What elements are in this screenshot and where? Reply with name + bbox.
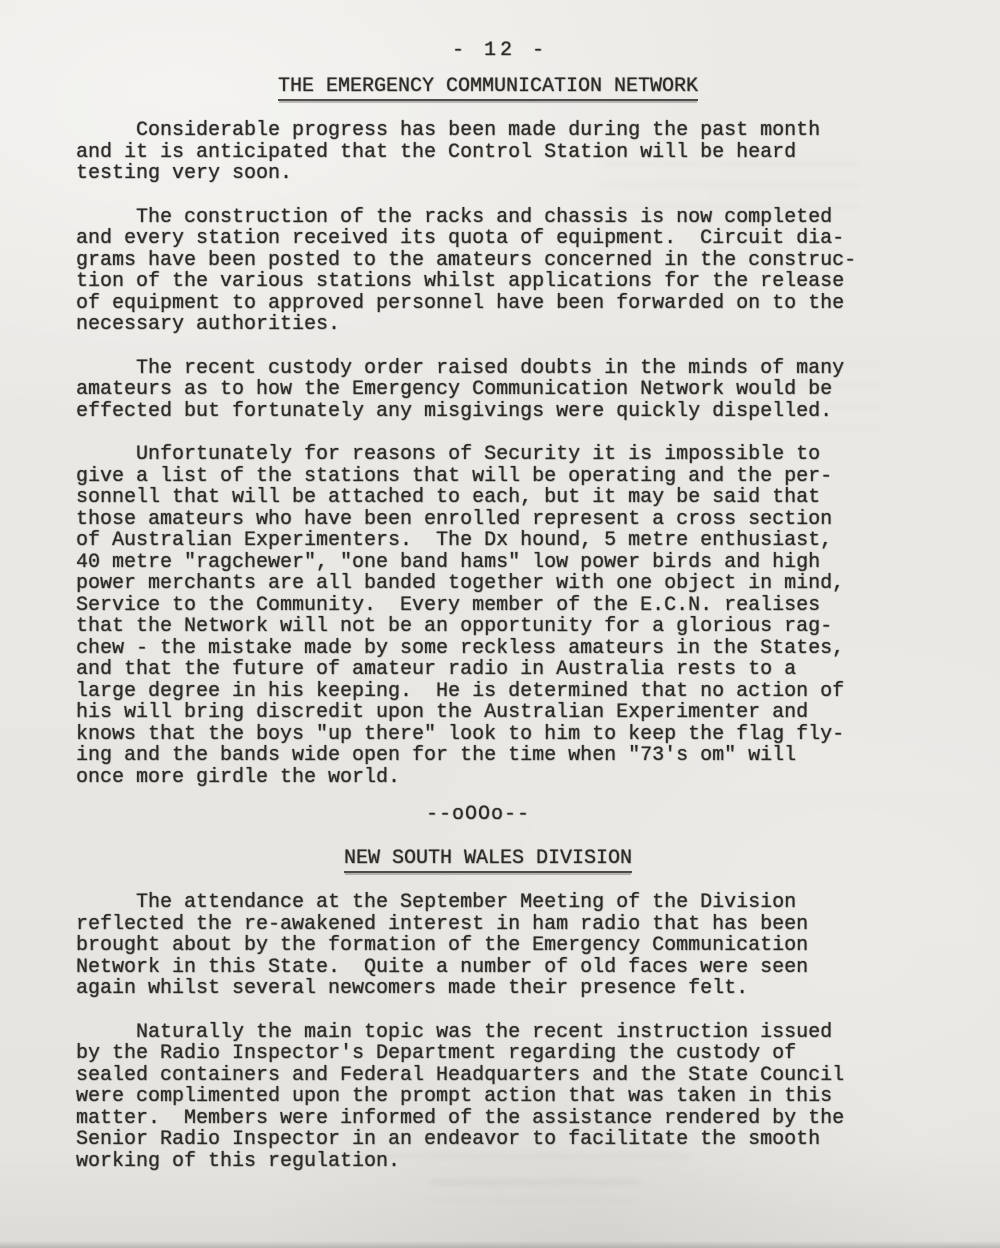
section-emergency-communication-network: THE EMERGENCY COMMUNICATION NETWORK Cons… (76, 76, 940, 789)
section-heading: NEW SOUTH WALES DIVISION (344, 848, 632, 874)
paragraph: The construction of the racks and chassi… (76, 207, 940, 336)
scanned-document-page: - 12 - THE EMERGENCY COMMUNICATION NETWO… (0, 0, 1000, 1248)
paragraph: Considerable progress has been made duri… (76, 120, 940, 185)
bleed-through-smudge (430, 1178, 640, 1202)
paragraph: Unfortunately for reasons of Security it… (76, 444, 940, 788)
paragraph: Naturally the main topic was the recent … (76, 1022, 940, 1173)
section-heading: THE EMERGENCY COMMUNICATION NETWORK (278, 76, 698, 102)
section-divider-ornament: --oOOo-- (76, 804, 880, 826)
page-number: - 12 - (76, 40, 924, 62)
section-new-south-wales-division: NEW SOUTH WALES DIVISION The attendance … (76, 848, 940, 1173)
paragraph: The recent custody order raised doubts i… (76, 358, 940, 423)
paragraph: The attendance at the September Meeting … (76, 892, 940, 1000)
